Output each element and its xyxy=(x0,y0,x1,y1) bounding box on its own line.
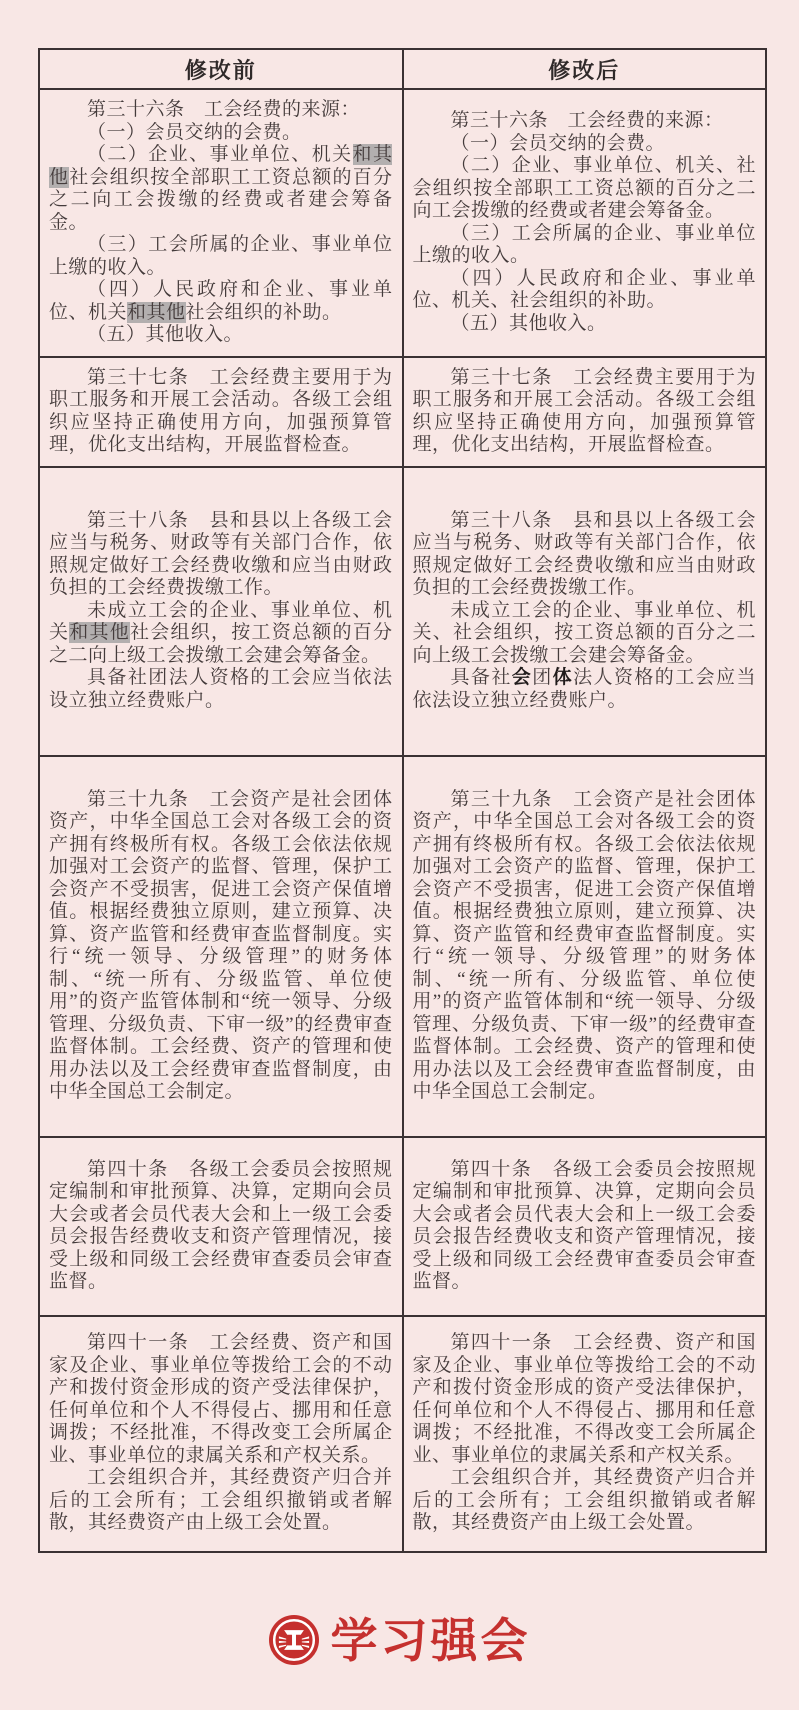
paragraph: 第四十一条 工会经费、资产和国家及企业、事业单位等拨给工会的不动产和拨付资金形成… xyxy=(49,1332,393,1467)
paragraph: 第四十条 各级工会委员会按照规定编制和审批预算、决算，定期向会员大会或者会员代表… xyxy=(49,1159,393,1294)
paragraph: 第三十六条 工会经费的来源： xyxy=(49,99,393,122)
paragraph: （三）工会所属的企业、事业单位上缴的收入。 xyxy=(413,223,757,268)
paragraph: 工会组织合并，其经费资产归合并后的工会所有；工会组织撤销或者解散，其经费资产由上… xyxy=(49,1467,393,1535)
text-segment: （一）会员交纳的会费。 xyxy=(451,133,666,154)
paragraph: （四）人民政府和企业、事业单位、机关和其他社会组织的补助。 xyxy=(49,279,393,324)
table-body: 第三十六条 工会经费的来源：（一）会员交纳的会费。（二）企业、事业单位、机关和其… xyxy=(39,89,766,1552)
table-row: 第四十一条 工会经费、资产和国家及企业、事业单位等拨给工会的不动产和拨付资金形成… xyxy=(39,1316,766,1552)
text-segment: 第三十九条 工会资产是社会团体资产，中华全国总工会对各级工会的资产拥有终极所有权… xyxy=(49,789,393,1103)
text-segment: 具备社 xyxy=(451,667,512,688)
paragraph: （三）工会所属的企业、事业单位上缴的收入。 xyxy=(49,234,393,279)
brand-name: 学习强会 xyxy=(331,1617,531,1664)
text-segment: 第三十七条 工会经费主要用于为职工服务和开展工会活动。各级工会组织应坚持正确使用… xyxy=(49,367,393,456)
text-segment: （四）人民政府和企业、事业单位、机关、社会组织的补助。 xyxy=(413,268,757,312)
text-segment: （五）其他收入。 xyxy=(87,324,243,345)
text-segment: 团 xyxy=(532,667,552,688)
union-emblem-icon xyxy=(269,1615,319,1665)
text-segment: 第四十条 各级工会委员会按照规定编制和审批预算、决算，定期向会员大会或者会员代表… xyxy=(49,1159,393,1293)
text-segment: 未成立工会的企业、事业单位、机关、社会组织，按工资总额的百分之二向上级工会拨缴工… xyxy=(413,600,757,666)
article-cell-before: 第三十八条 县和县以上各级工会应当与税务、财政等有关部门合作，依照规定做好工会经… xyxy=(39,467,403,756)
article-cell-after: 第三十六条 工会经费的来源：（一）会员交纳的会费。（二）企业、事业单位、机关、社… xyxy=(403,89,767,357)
text-segment: 第三十八条 县和县以上各级工会应当与税务、财政等有关部门合作，依照规定做好工会经… xyxy=(413,510,757,599)
text-segment: 第四十条 各级工会委员会按照规定编制和审批预算、决算，定期向会员大会或者会员代表… xyxy=(413,1159,757,1293)
text-segment: （二）企业、事业单位、机关、社会组织按全部职工工资总额的百分之二向工会拨缴的经费… xyxy=(413,155,757,221)
paragraph: 第三十九条 工会资产是社会团体资产，中华全国总工会对各级工会的资产拥有终极所有权… xyxy=(413,789,757,1104)
text-segment: 社会组织按全部职工工资总额的百分之二向工会拨缴的经费或者建会筹备金。 xyxy=(49,167,393,233)
text-segment: 工会组织合并，其经费资产归合并后的工会所有；工会组织撤销或者解散，其经费资产由上… xyxy=(49,1467,393,1533)
paragraph: （一）会员交纳的会费。 xyxy=(413,133,757,156)
header-row: 修改前 修改后 xyxy=(39,49,766,89)
text-segment: 第四十一条 工会经费、资产和国家及企业、事业单位等拨给工会的不动产和拨付资金形成… xyxy=(49,1332,393,1466)
article-cell-before: 第四十条 各级工会委员会按照规定编制和审批预算、决算，定期向会员大会或者会员代表… xyxy=(39,1137,403,1316)
text-segment: 第四十一条 工会经费、资产和国家及企业、事业单位等拨给工会的不动产和拨付资金形成… xyxy=(413,1332,757,1466)
article-cell-before: 第三十七条 工会经费主要用于为职工服务和开展工会活动。各级工会组织应坚持正确使用… xyxy=(39,357,403,467)
table-row: 第三十六条 工会经费的来源：（一）会员交纳的会费。（二）企业、事业单位、机关和其… xyxy=(39,89,766,357)
article-cell-after: 第三十八条 县和县以上各级工会应当与税务、财政等有关部门合作，依照规定做好工会经… xyxy=(403,467,767,756)
paragraph: 第三十八条 县和县以上各级工会应当与税务、财政等有关部门合作，依照规定做好工会经… xyxy=(413,510,757,600)
footer-brand: 学习强会 xyxy=(0,1598,799,1682)
text-segment: （三）工会所属的企业、事业单位上缴的收入。 xyxy=(413,223,757,267)
text-segment: （五）其他收入。 xyxy=(451,313,607,334)
text-segment: 第三十七条 工会经费主要用于为职工服务和开展工会活动。各级工会组织应坚持正确使用… xyxy=(413,367,757,456)
comparison-table-wrap: 修改前 修改后 第三十六条 工会经费的来源：（一）会员交纳的会费。（二）企业、事… xyxy=(38,48,767,1553)
text-segment: 工会组织合并，其经费资产归合并后的工会所有；工会组织撤销或者解散，其经费资产由上… xyxy=(413,1467,757,1533)
text-segment: 具备社团法人资格的工会应当依法设立独立经费账户。 xyxy=(49,667,393,711)
table-row: 第三十九条 工会资产是社会团体资产，中华全国总工会对各级工会的资产拥有终极所有权… xyxy=(39,756,766,1137)
text-segment: 第三十八条 县和县以上各级工会应当与税务、财政等有关部门合作，依照规定做好工会经… xyxy=(49,510,393,599)
paragraph: 具备社会团体法人资格的工会应当依法设立独立经费账户。 xyxy=(413,667,757,712)
paragraph: （五）其他收入。 xyxy=(49,324,393,347)
table-row: 第三十八条 县和县以上各级工会应当与税务、财政等有关部门合作，依照规定做好工会经… xyxy=(39,467,766,756)
column-header-after: 修改后 xyxy=(403,49,767,89)
article-cell-before: 第三十六条 工会经费的来源：（一）会员交纳的会费。（二）企业、事业单位、机关和其… xyxy=(39,89,403,357)
paragraph: 第四十一条 工会经费、资产和国家及企业、事业单位等拨给工会的不动产和拨付资金形成… xyxy=(413,1332,757,1467)
highlighted-text: 和其他 xyxy=(69,622,130,643)
paragraph: 第三十六条 工会经费的来源： xyxy=(413,110,757,133)
article-cell-after: 第三十七条 工会经费主要用于为职工服务和开展工会活动。各级工会组织应坚持正确使用… xyxy=(403,357,767,467)
article-cell-after: 第四十一条 工会经费、资产和国家及企业、事业单位等拨给工会的不动产和拨付资金形成… xyxy=(403,1316,767,1552)
bold-added-text: 会 xyxy=(512,667,532,688)
page: { "page": { "background_color": "#f8e7e5… xyxy=(0,0,799,1710)
comparison-table: 修改前 修改后 第三十六条 工会经费的来源：（一）会员交纳的会费。（二）企业、事… xyxy=(38,48,767,1553)
text-segment: 第三十六条 工会经费的来源： xyxy=(87,99,360,120)
paragraph: （四）人民政府和企业、事业单位、机关、社会组织的补助。 xyxy=(413,268,757,313)
text-segment: （二）企业、事业单位、机关 xyxy=(87,144,353,165)
text-segment: （三）工会所属的企业、事业单位上缴的收入。 xyxy=(49,234,393,278)
paragraph: 具备社团法人资格的工会应当依法设立独立经费账户。 xyxy=(49,667,393,712)
paragraph: （五）其他收入。 xyxy=(413,313,757,336)
text-segment: 第三十六条 工会经费的来源： xyxy=(451,110,724,131)
article-cell-before: 第四十一条 工会经费、资产和国家及企业、事业单位等拨给工会的不动产和拨付资金形成… xyxy=(39,1316,403,1552)
paragraph: 未成立工会的企业、事业单位、机关、社会组织，按工资总额的百分之二向上级工会拨缴工… xyxy=(413,600,757,668)
paragraph: 未成立工会的企业、事业单位、机关和其他社会组织，按工资总额的百分之二向上级工会拨… xyxy=(49,600,393,668)
paragraph: 第三十九条 工会资产是社会团体资产，中华全国总工会对各级工会的资产拥有终极所有权… xyxy=(49,789,393,1104)
paragraph: （一）会员交纳的会费。 xyxy=(49,122,393,145)
paragraph: 第三十七条 工会经费主要用于为职工服务和开展工会活动。各级工会组织应坚持正确使用… xyxy=(413,367,757,457)
text-segment: 社会组织的补助。 xyxy=(186,302,342,323)
paragraph: 第三十八条 县和县以上各级工会应当与税务、财政等有关部门合作，依照规定做好工会经… xyxy=(49,510,393,600)
paragraph: 第四十条 各级工会委员会按照规定编制和审批预算、决算，定期向会员大会或者会员代表… xyxy=(413,1159,757,1294)
table-row: 第四十条 各级工会委员会按照规定编制和审批预算、决算，定期向会员大会或者会员代表… xyxy=(39,1137,766,1316)
paragraph: 工会组织合并，其经费资产归合并后的工会所有；工会组织撤销或者解散，其经费资产由上… xyxy=(413,1467,757,1535)
paragraph: （二）企业、事业单位、机关和其他社会组织按全部职工工资总额的百分之二向工会拨缴的… xyxy=(49,144,393,234)
paragraph: 第三十七条 工会经费主要用于为职工服务和开展工会活动。各级工会组织应坚持正确使用… xyxy=(49,367,393,457)
table-header: 修改前 修改后 xyxy=(39,49,766,89)
bold-added-text: 体 xyxy=(553,667,573,688)
paragraph: （二）企业、事业单位、机关、社会组织按全部职工工资总额的百分之二向工会拨缴的经费… xyxy=(413,155,757,223)
text-segment: 第三十九条 工会资产是社会团体资产，中华全国总工会对各级工会的资产拥有终极所有权… xyxy=(413,789,757,1103)
highlighted-text: 和其他 xyxy=(127,302,186,323)
article-cell-after: 第四十条 各级工会委员会按照规定编制和审批预算、决算，定期向会员大会或者会员代表… xyxy=(403,1137,767,1316)
table-row: 第三十七条 工会经费主要用于为职工服务和开展工会活动。各级工会组织应坚持正确使用… xyxy=(39,357,766,467)
text-segment: （一）会员交纳的会费。 xyxy=(87,122,302,143)
column-header-before: 修改前 xyxy=(39,49,403,89)
article-cell-after: 第三十九条 工会资产是社会团体资产，中华全国总工会对各级工会的资产拥有终极所有权… xyxy=(403,756,767,1137)
article-cell-before: 第三十九条 工会资产是社会团体资产，中华全国总工会对各级工会的资产拥有终极所有权… xyxy=(39,756,403,1137)
